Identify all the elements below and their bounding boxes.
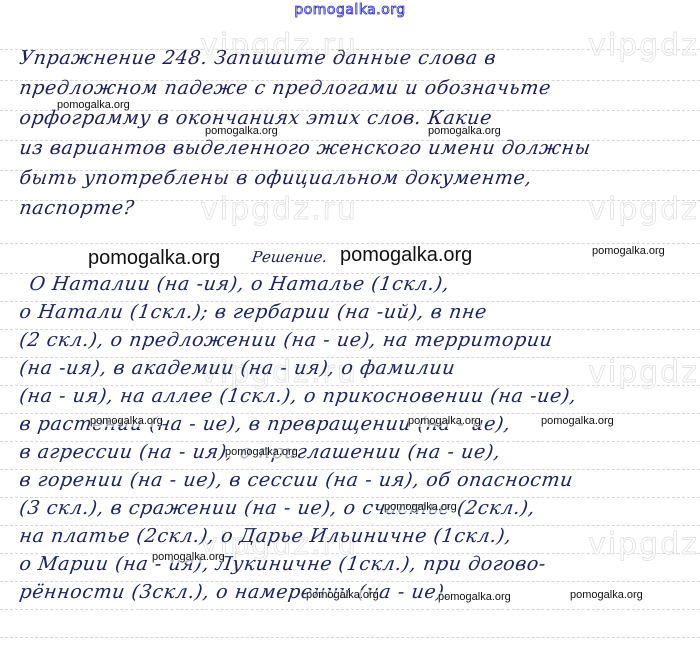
site-watermark-top: pomogalka.org [0,2,700,18]
task-line: Упражнение 248. Запишите данные слова в [18,47,498,69]
site-watermark: pomogalka.org [541,416,614,427]
solution-line: о Марии (на - ия), Лукиничне (1скл.), пр… [18,553,548,575]
solution-line: на платье (2скл.), о Дарье Ильиничне (1с… [18,525,513,547]
solution-line: О Наталии (на -ия), о Наталье (1скл.), [28,273,451,295]
solution-line: (на - ия), на аллее (1скл.), о прикоснов… [18,385,578,407]
site-watermark: pomogalka.org [408,416,481,427]
site-watermark: pomogalka.org [384,502,457,513]
site-watermark: pomogalka.org [570,590,643,601]
solution-line: (3 скл.), в сражении (на - ие), о счасть… [18,497,537,519]
solution-line: (на -ия), в академии (на - ия), о фамили… [18,357,457,379]
site-watermark-large: pomogalka.org [340,245,472,265]
site-watermark-large: pomogalka.org [88,248,220,268]
site-watermark: pomogalka.org [225,447,298,458]
vipgdz-watermark: vipgdz [588,28,699,63]
site-watermark: pomogalka.org [205,126,278,137]
task-line: из вариантов выделенного женского имени … [18,137,592,159]
vipgdz-watermark: vipgdz [588,527,699,562]
task-line: паспорте? [18,197,136,219]
site-watermark: pomogalka.org [57,100,130,111]
ruled-line [0,609,700,610]
vipgdz-watermark: vipgdz [588,192,699,227]
homework-page: vipgdz.ru vipgdz vipgdz.ru vipgdz vipgdz… [0,0,700,646]
solution-heading: Решение. [251,248,329,266]
task-line: быть употреблены в официальном документе… [18,167,534,189]
site-watermark: pomogalka.org [438,592,511,603]
task-line: предложном падеже с предлогами и обознач… [18,77,552,99]
vipgdz-watermark: vipgdz.ru [200,192,358,227]
site-watermark: pomogalka.org [306,590,379,601]
solution-line: (2 скл.), о предложении (на - ие), на те… [18,329,554,351]
site-watermark: pomogalka.org [592,246,665,257]
site-watermark: pomogalka.org [152,552,225,563]
vipgdz-watermark: vipgdz [588,355,699,390]
solution-line: в горении (на - ие), в сессии (на - ия),… [18,469,575,491]
site-watermark: pomogalka.org [90,416,163,427]
ruled-line [0,637,700,638]
solution-line: о Натали (1скл.); в гербарии (на -ий), в… [18,301,489,323]
site-watermark: pomogalka.org [428,126,501,137]
solution-line: рённости (3скл.), о намерении (на - ие). [18,581,452,603]
